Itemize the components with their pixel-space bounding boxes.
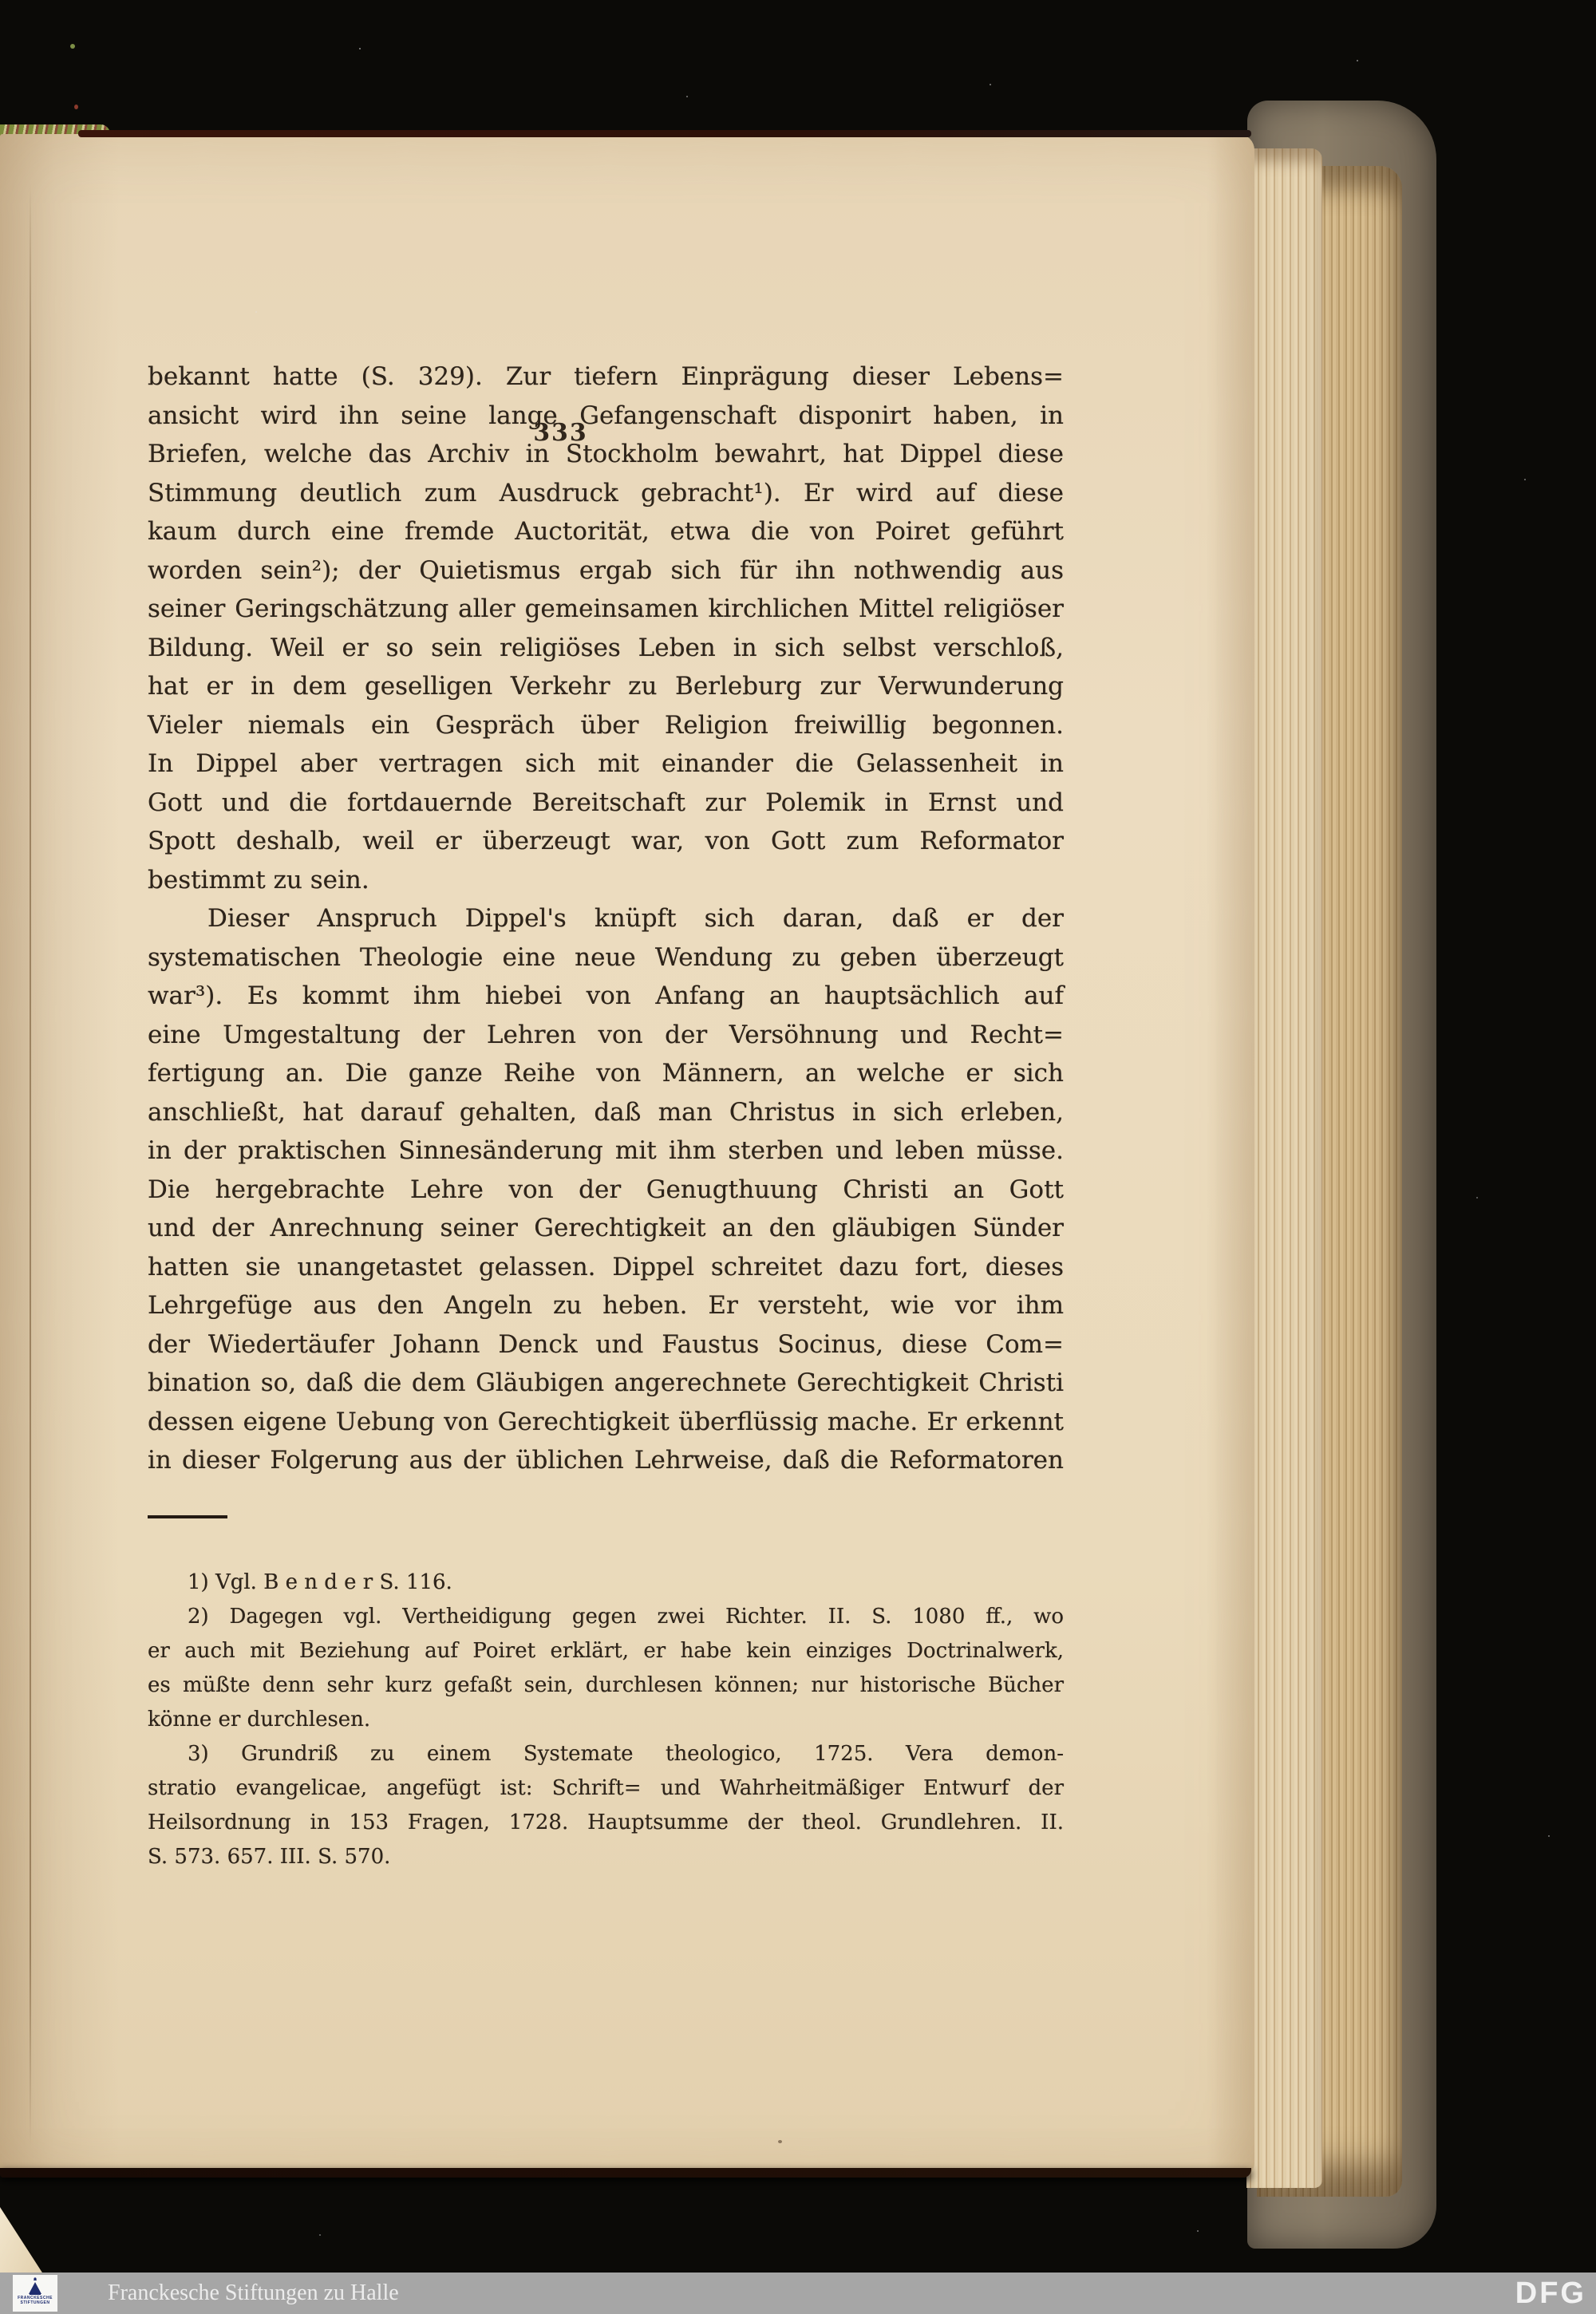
footnote-line: 3) Grundriß zu einem Systemate theologic… <box>148 1737 1064 1771</box>
footnote-line: Heilsordnung in 153 Fragen, 1728. Haupts… <box>148 1806 1064 1840</box>
gutter-crease <box>30 184 31 2146</box>
binding-speck-green <box>70 44 75 49</box>
body-line: der Wiedertäufer Johann Denck und Faustu… <box>148 1325 1064 1364</box>
body-line: in dieser Folgerung aus der üblichen Leh… <box>148 1441 1064 1480</box>
body-line: systematischen Theologie eine neue Wendu… <box>148 938 1064 977</box>
dfg-logo: DFG <box>1515 2273 1586 2314</box>
body-line: In Dippel aber vertragen sich mit einand… <box>148 744 1064 784</box>
footnote-line: es müßte denn sehr kurz gefaßt sein, dur… <box>148 1668 1064 1703</box>
body-line: bestimmt zu sein. <box>148 861 1064 900</box>
body-line: und der Anrechnung seiner Gerechtigkeit … <box>148 1209 1064 1248</box>
body-line: Bildung. Weil er so sein religiöses Lebe… <box>148 629 1064 668</box>
body-line: Spott deshalb, weil er überzeugt war, vo… <box>148 822 1064 861</box>
body-line: dessen eigene Uebung von Gerechtigkeit ü… <box>148 1403 1064 1442</box>
page-bottom-edge <box>0 2168 1251 2178</box>
body-line: in der praktischen Sinnesänderung mit ih… <box>148 1131 1064 1171</box>
footnote-line: er auch mit Beziehung auf Poiret erklärt… <box>148 1634 1064 1668</box>
logo-text-line2: STIFTUNGEN <box>21 2300 50 2305</box>
body-line: eine Umgestaltung der Lehren von der Ver… <box>148 1016 1064 1055</box>
body-line: Lehrgefüge aus den Angeln zu heben. Er v… <box>148 1286 1064 1325</box>
paper-speck <box>778 2140 782 2143</box>
footnotes: 1) Vgl. B e n d e r S. 116. 2) Dagegen v… <box>148 1566 1064 1874</box>
page-top-edge <box>78 130 1251 137</box>
dust-specks <box>359 48 361 49</box>
body-line: Vieler niemals ein Gespräch über Religio… <box>148 706 1064 745</box>
body-line: war³). Es kommt ihm hiebei von Anfang an… <box>148 977 1064 1016</box>
footnote-line: 1) Vgl. B e n d e r S. 116. <box>148 1566 1064 1600</box>
body-line: Briefen, welche das Archiv in Stockholm … <box>148 435 1064 474</box>
body-line: seiner Geringschätzung aller gemeinsamen… <box>148 590 1064 629</box>
footnote-line: 2) Dagegen vgl. Vertheidigung gegen zwei… <box>148 1600 1064 1634</box>
footnote-line: könne er durchlesen. <box>148 1703 1064 1737</box>
footnote-line: S. 573. 657. III. S. 570. <box>148 1840 1064 1874</box>
body-line: kaum durch eine fremde Auctorität, etwa … <box>148 512 1064 551</box>
body-line: hatten sie unangetastet gelassen. Dippel… <box>148 1248 1064 1287</box>
body-line: hat er in dem geselligen Verkehr zu Berl… <box>148 667 1064 706</box>
body-line: bination so, daß die dem Gläubigen anger… <box>148 1364 1064 1403</box>
franckesche-stiftungen-logo: FRANCKESCHE STIFTUNGEN <box>13 2275 57 2312</box>
body-line: anschließt, hat darauf gehalten, daß man… <box>148 1093 1064 1132</box>
body-line: bekannt hatte (S. 329). Zur tiefern Einp… <box>148 357 1064 397</box>
footer-bar: FRANCKESCHE STIFTUNGEN Franckesche Stift… <box>0 2273 1596 2314</box>
institution-name: Franckesche Stiftungen zu Halle <box>108 2273 399 2314</box>
body-line: Die hergebrachte Lehre von der Genugthuu… <box>148 1171 1064 1210</box>
binding-speck-red <box>74 105 78 109</box>
book-photo: 333 bekannt hatte (S. 329). Zur tiefern … <box>0 0 1596 2314</box>
body-line: worden sein²); der Quietismus ergab sich… <box>148 551 1064 590</box>
body-line: Dieser Anspruch Dippel's knüpft sich dar… <box>148 899 1064 938</box>
body-line: Stimmung deutlich zum Ausdruck gebracht¹… <box>148 474 1064 513</box>
body-line: fertigung an. Die ganze Reihe von Männer… <box>148 1054 1064 1093</box>
page-fore-edge-inner <box>1246 148 1322 2188</box>
body-text: bekannt hatte (S. 329). Zur tiefern Einp… <box>148 357 1064 1480</box>
body-line: ansicht wird ihn seine lange Gefangensch… <box>148 397 1064 436</box>
franckesche-emblem-icon <box>26 2276 44 2296</box>
footnote-separator <box>148 1515 227 1518</box>
book-page: 333 bekannt hatte (S. 329). Zur tiefern … <box>0 134 1254 2174</box>
body-line: Gott und die fortdauernde Bereitschaft z… <box>148 784 1064 823</box>
footnote-line: stratio evangelicae, angefügt ist: Schri… <box>148 1771 1064 1806</box>
